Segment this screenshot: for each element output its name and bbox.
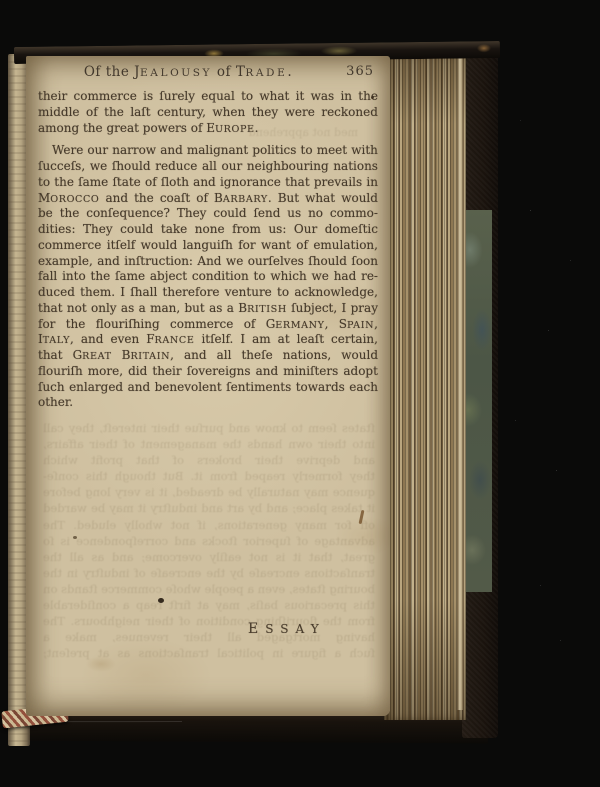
- marbled-endpaper: [462, 210, 492, 592]
- ink-spot: [158, 598, 164, 603]
- bleed-line: advantageofſuperiorſtocksandcorreſponden…: [43, 533, 375, 549]
- paragraph: Wereournarrowandmalignantpoliticstomeetw…: [38, 143, 378, 411]
- bleed-line: great,thatitisnoteaſilyovercome;andasall…: [43, 549, 375, 565]
- text-line: thatnotonlyasaman,butasaBRITISHſubject,I…: [38, 301, 378, 317]
- text-line: MOROCCOandthecoaſtofBARBARY.Butwhatwould: [38, 191, 378, 207]
- text-line: ſuchenlargedandbenevolentſentimentstowar…: [38, 380, 378, 396]
- text-line: fortheflouriſhingcommerceofGERMANY,SPAIN…: [38, 317, 378, 333]
- text-line: flouriſhmore,didtheirſovereignsandminiſt…: [38, 364, 378, 380]
- small-speck: [73, 536, 77, 539]
- bleed-line: bouringſtates,evenapeoplewhoſecommerceſt…: [43, 581, 375, 597]
- text-line: ſucceſs,weſhouldreduceallourneighbouring…: [38, 159, 378, 175]
- text-line: thatGREATBRITAIN,andalltheſenations,woul…: [38, 348, 378, 364]
- bleed-line: thisprecariousbaſis,mayatfirſtreapaconſi…: [43, 597, 375, 613]
- text-line: theircommerceisſurelyequaltowhatitwasint…: [38, 89, 378, 105]
- book-back-cover-edge: [462, 46, 498, 738]
- dust-specks: [530, 210, 531, 211]
- photo-background: Of the JEALOUSY of TRADE. 365 theircomme…: [0, 0, 600, 787]
- small-speck: [371, 96, 374, 99]
- text-line: totheſameſtateofſlothandignorancethatpre…: [38, 175, 378, 191]
- bleed-line: ſtatesſeemtoknowandpurſuetheirintereſt,t…: [43, 420, 375, 436]
- faint-stain: [86, 656, 116, 672]
- text-line: ITALY,andevenFRANCEitſelf.Iamatleaſtcert…: [38, 332, 378, 348]
- bleed-line: offformanygenerations,ifnotwhollyeluded.…: [43, 517, 375, 533]
- text-line: example,andinſtruction:Andweourſelvesſho…: [38, 254, 378, 270]
- text-line: dities:Theycouldtakenonefromus:Ourdomeſt…: [38, 222, 378, 238]
- bleed-line: anddeprivetheirbrokersofthatprofitwhich: [43, 452, 375, 468]
- bleed-line: tranſactionsencreaſebytheencreaſeofinduſ…: [43, 565, 375, 581]
- text-line: middleofthelaſtcentury,whentheywererecko…: [38, 105, 378, 121]
- text-line: fallintotheſameabjectconditiontowhichweh…: [38, 269, 378, 285]
- text-line: other.: [38, 395, 378, 411]
- running-header: Of the JEALOUSY of TRADE. 365: [38, 64, 378, 82]
- text-line: Wereournarrowandmalignantpoliticstomeetw…: [38, 143, 378, 159]
- page-number: 365: [346, 64, 374, 79]
- bleed-line: intotheirownhandsthemanagementoftheiraff…: [43, 436, 375, 452]
- page-title: Of the JEALOUSY of TRADE.: [38, 64, 338, 80]
- text-line: ducedthem.Iſhallthereforeventuretoacknow…: [38, 285, 378, 301]
- text-line: betheconſequence?Theycouldſendusnocommo-: [38, 206, 378, 222]
- bleed-through-fragment: med not apprehend: [226, 126, 358, 139]
- bleed-line: quencemaynaturallybedreaded,itisverylong…: [43, 484, 375, 500]
- catchword: ESSAY: [248, 621, 326, 637]
- text-line: commerceitſelfwouldlanguiſhforwantofemul…: [38, 238, 378, 254]
- page-fore-edge-stack: [384, 54, 466, 720]
- bleed-line: theyformerlyreapedfromit.Butthoughthisco…: [43, 468, 375, 484]
- book-page: Of the JEALOUSY of TRADE. 365 theircomme…: [26, 56, 390, 716]
- bleed-line: ittakesplace;andbyartandinduſtryitmaybew…: [43, 500, 375, 516]
